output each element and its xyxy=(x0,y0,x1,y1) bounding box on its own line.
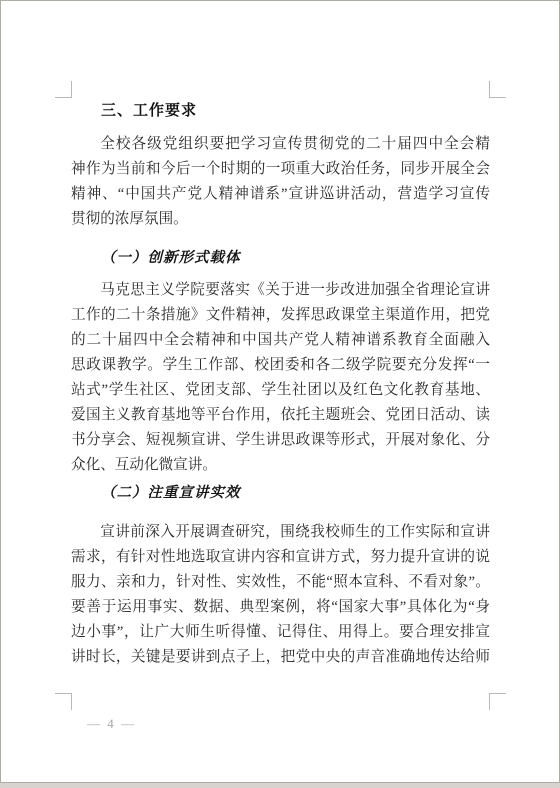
subsection-heading-innovate-forms: （一）创新形式载体 xyxy=(71,249,490,268)
document-page: 三、工作要求 全校各级党组织要把学习宣传贯彻党的二十届四中全会精 神作为当前和今… xyxy=(0,0,560,783)
paragraph-innovate-forms: 马克思主义学院要落实《关于进一步改进加强全省理论宣讲 工作的二十条措施》文件精神… xyxy=(71,278,490,478)
text-line: 神作为当前和今后一个时期的一项重大政治任务，同步开展全会 xyxy=(71,157,490,182)
text-line: 站式”学生社区、党团支部、学生社团以及红色文化教育基地、 xyxy=(71,378,490,403)
text-line: 服力、亲和力，针对性、实效性，不能“照本宣科、不看对象”。 xyxy=(71,570,490,595)
text-boundary-mark-bottom-left-icon xyxy=(55,693,72,710)
text-line: 宣讲前深入开展调查研究，围绕我校师生的工作实际和宣讲 xyxy=(71,520,490,545)
text-line: 全校各级党组织要把学习宣传贯彻党的二十届四中全会精 xyxy=(71,132,490,157)
text-line: 贯彻的浓厚氛围。 xyxy=(71,207,490,232)
text-line: 马克思主义学院要落实《关于进一步改进加强全省理论宣讲 xyxy=(71,278,490,303)
text-boundary-mark-top-right-icon xyxy=(489,81,506,98)
text-line: 书分享会、短视频宣讲、学生讲思政课等形式，开展对象化、分 xyxy=(71,428,490,453)
text-line: 思政课教学。学生工作部、校团委和各二级学院要充分发挥“一 xyxy=(71,353,490,378)
text-line: 需求，有针对性地选取宣讲内容和宣讲方式，努力提升宣讲的说 xyxy=(71,545,490,570)
paragraph-overview: 全校各级党组织要把学习宣传贯彻党的二十届四中全会精 神作为当前和今后一个时期的一… xyxy=(71,132,490,232)
text-line: 边小事”，让广大师生听得懂、记得住、用得上。要合理安排宣 xyxy=(71,620,490,645)
paragraph-focus-effectiveness: 宣讲前深入开展调查研究，围绕我校师生的工作实际和宣讲 需求，有针对性地选取宣讲内… xyxy=(71,520,490,670)
section-heading-work-requirements: 三、工作要求 xyxy=(71,101,490,120)
text-line: 的二十届四中全会精神和中国共产党人精神谱系教育全面融入 xyxy=(71,328,490,353)
text-line: 工作的二十条措施》文件精神，发挥思政课堂主渠道作用，把党 xyxy=(71,303,490,328)
text-boundary-mark-top-left-icon xyxy=(55,81,72,98)
text-line: 要善于运用事实、数据、典型案例，将“国家大事”具体化为“身 xyxy=(71,595,490,620)
page-number: — 4 — xyxy=(87,716,136,732)
text-line: 讲时长，关键是要讲到点子上，把党中央的声音准确地传达给师 xyxy=(71,645,490,670)
document-canvas: 三、工作要求 全校各级党组织要把学习宣传贯彻党的二十届四中全会精 神作为当前和今… xyxy=(0,0,560,788)
text-line: 精神、“中国共产党人精神谱系”宣讲巡讲活动，营造学习宣传 xyxy=(71,182,490,207)
subsection-heading-focus-effectiveness: （二）注重宣讲实效 xyxy=(71,484,490,503)
text-line: 众化、互动化微宣讲。 xyxy=(71,453,490,478)
text-boundary-mark-bottom-right-icon xyxy=(489,693,506,710)
text-line: 爱国主义教育基地等平台作用，依托主题班会、党团日活动、读 xyxy=(71,403,490,428)
